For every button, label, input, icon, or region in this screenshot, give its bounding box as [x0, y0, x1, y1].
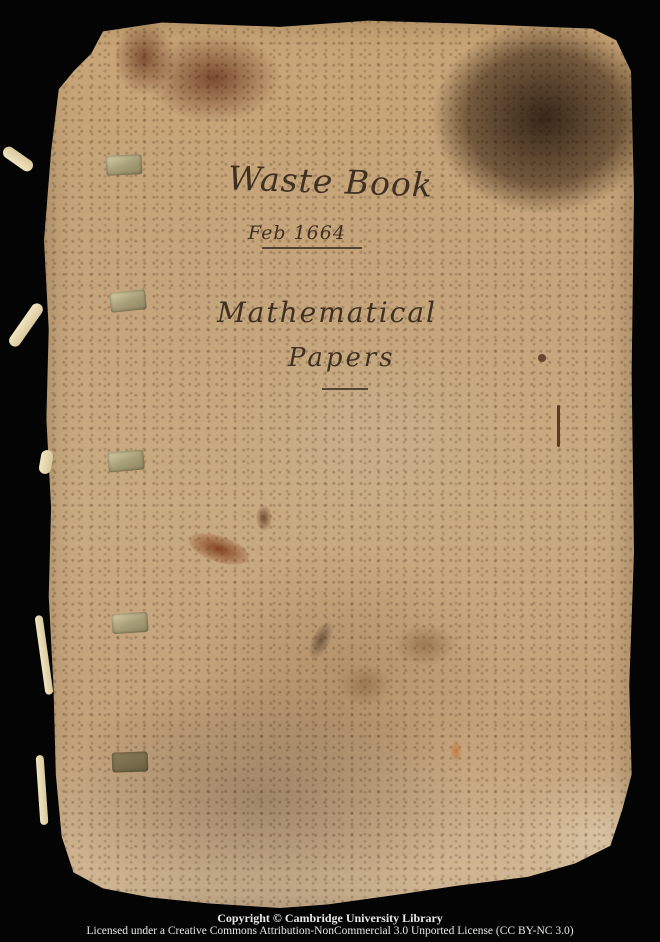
stain-mark [450, 740, 462, 762]
cover-subject-line-2: Papers [288, 343, 396, 373]
binding-tie [109, 289, 147, 313]
cover-subject-line-1: Mathematical [217, 296, 437, 329]
date-underline [262, 247, 362, 249]
copyright-notice: Copyright © Cambridge University Library [0, 912, 660, 925]
binding-thread [1, 144, 36, 173]
cover-date: Feb 1664 [248, 222, 346, 244]
ink-dot [538, 354, 546, 362]
binding-tie [106, 154, 143, 176]
cover-title: Waste Book [227, 158, 433, 204]
binding-thread [7, 301, 46, 349]
binding-thread [36, 755, 49, 825]
binding-tie [112, 751, 149, 772]
stain-mark [340, 665, 390, 705]
image-credit: Copyright © Cambridge University Library… [0, 912, 660, 938]
binding-tie [107, 449, 145, 472]
license-notice: Licensed under a Creative Commons Attrib… [0, 925, 660, 938]
stain-mark [395, 625, 455, 665]
ink-stroke [557, 405, 560, 447]
stain-mark [256, 505, 272, 531]
binding-tie [111, 612, 148, 634]
subject-underline [322, 388, 368, 390]
photo-background: Waste Book Feb 1664 Mathematical Papers … [0, 0, 660, 942]
